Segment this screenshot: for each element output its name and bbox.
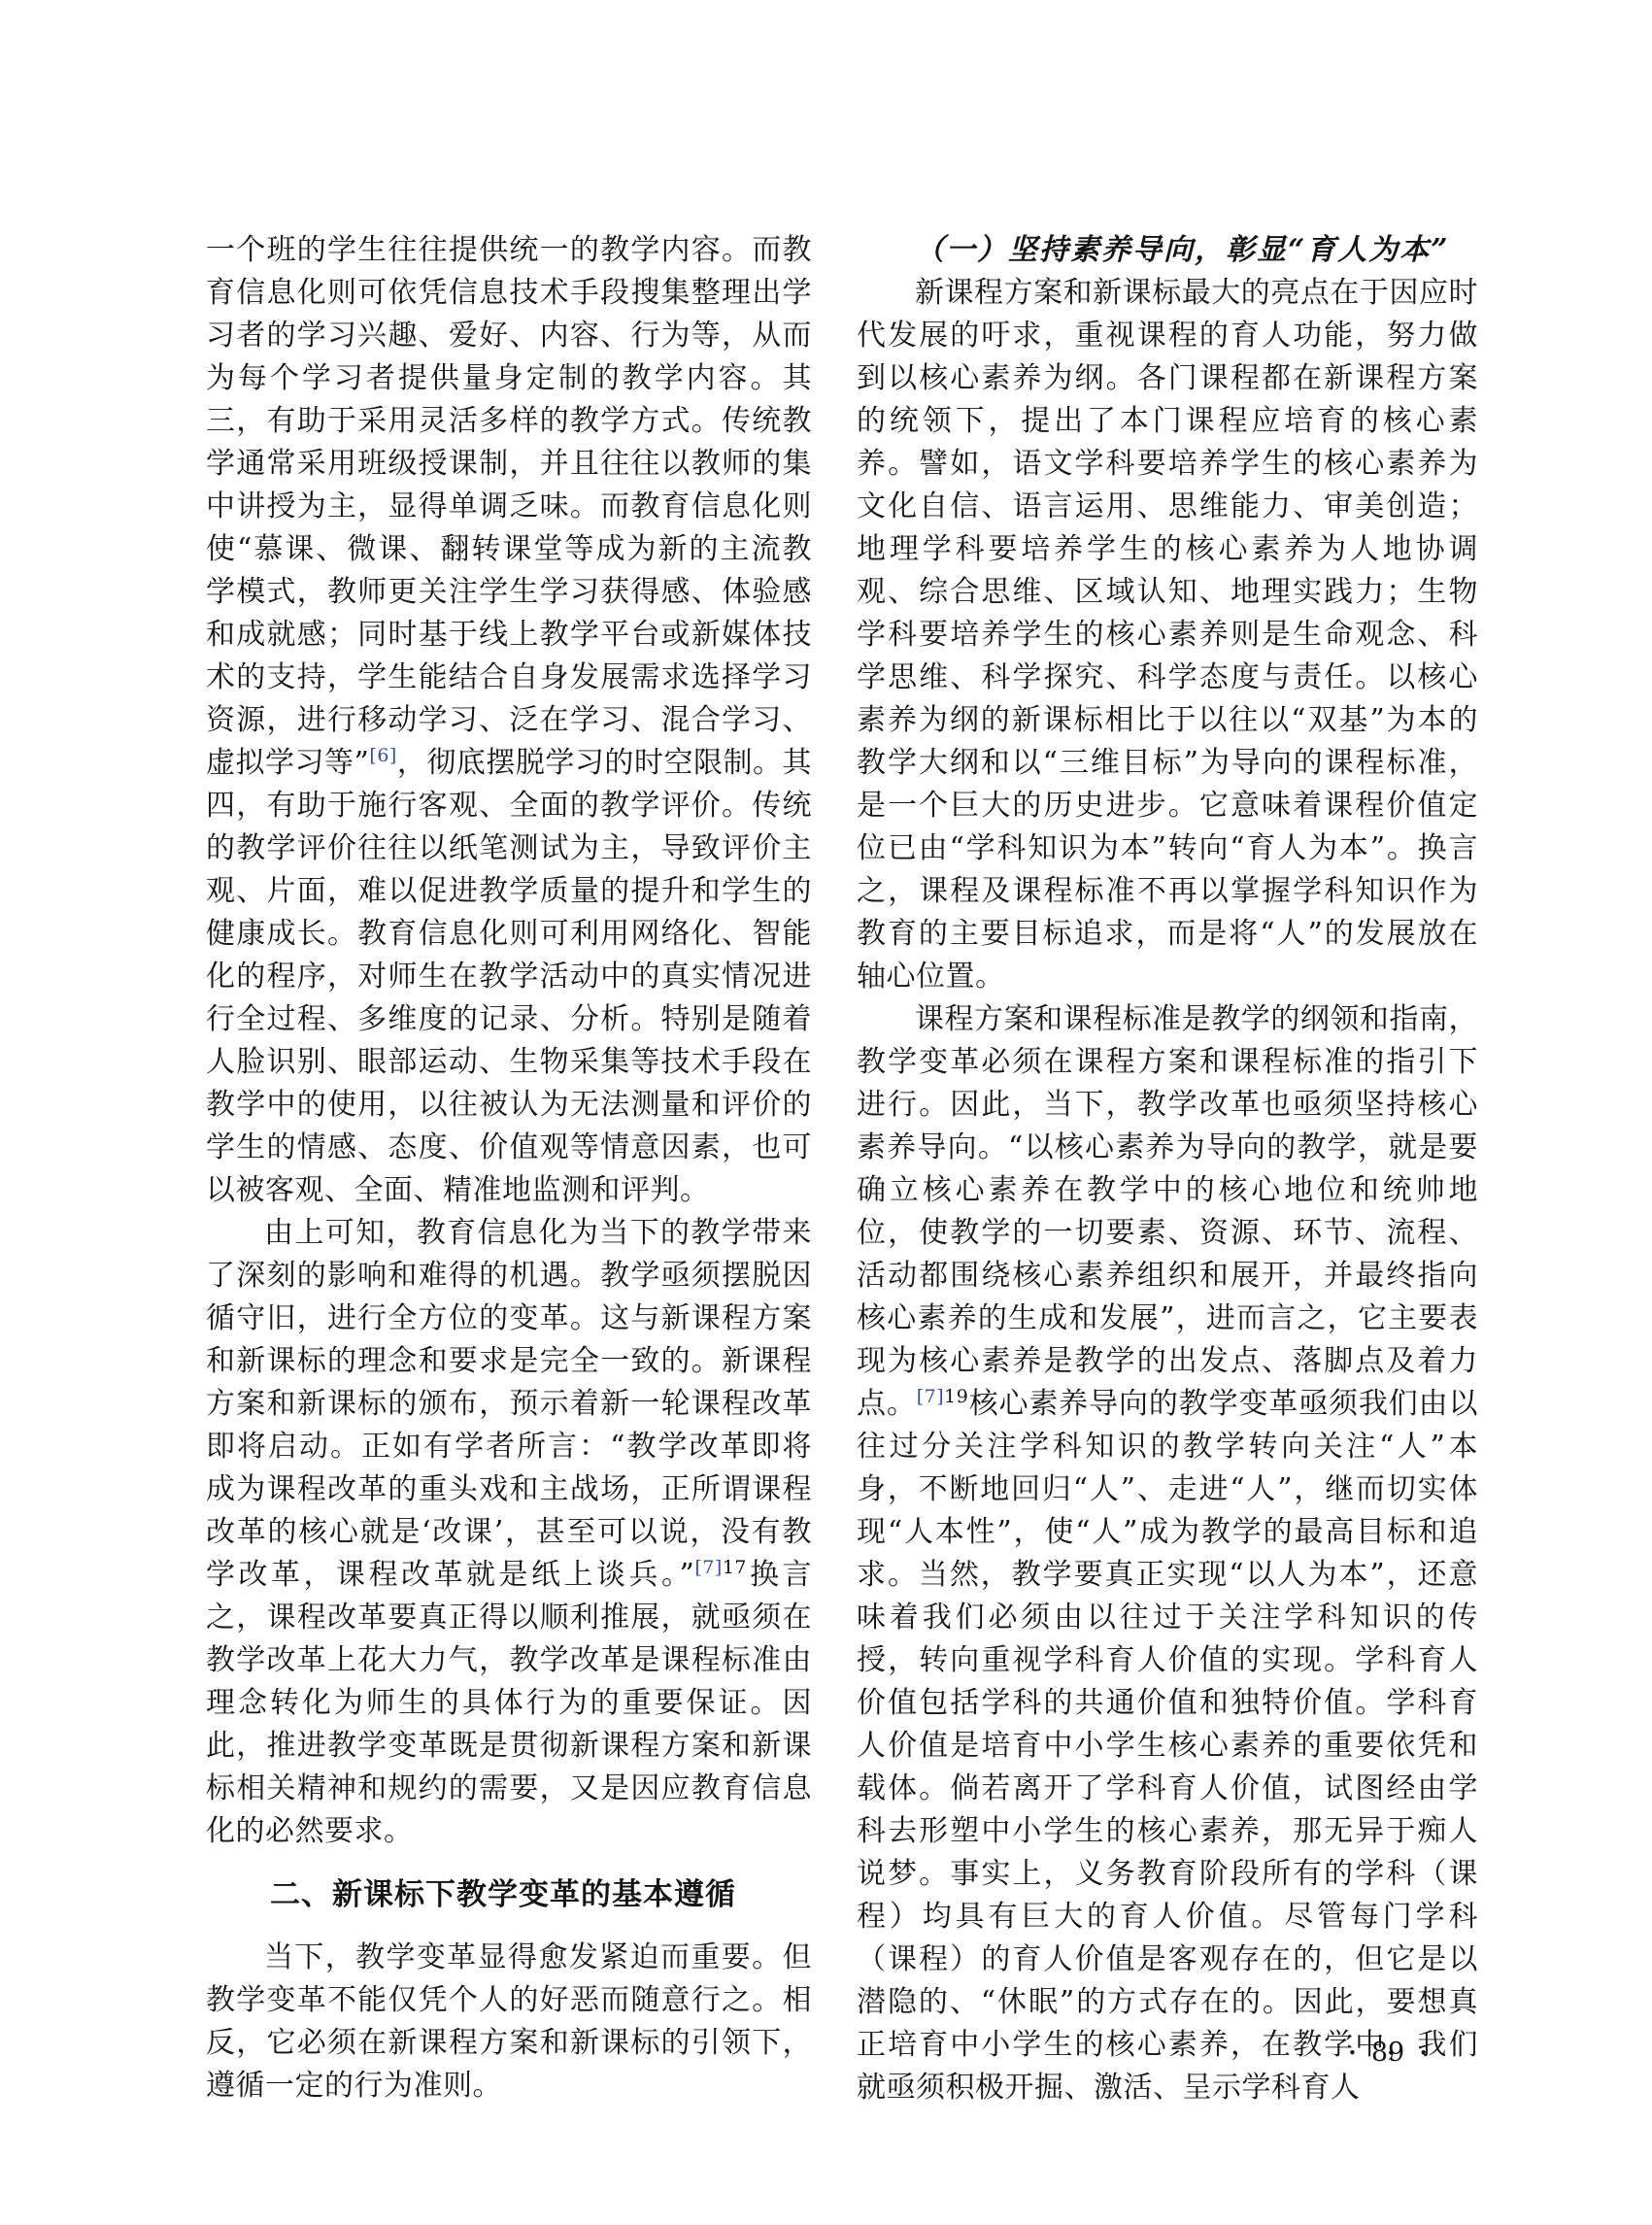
document-page: 一个班的学生往往提供统一的教学内容。而教育信息化则可依凭信息技术手段搜集整理出学… xyxy=(0,0,1652,2225)
dot-decoration: • xyxy=(1348,2035,1357,2072)
subsection-heading: （一）坚持素养导向，彰显“育人为本” xyxy=(857,229,1478,272)
citation-ref: [7] xyxy=(694,1557,722,1578)
paragraph: 当下，教学变革显得愈发紧迫而重要。但教学变革不能仅凭个人的好恶而随意行之。相反，… xyxy=(206,1937,812,2107)
paragraph: 课程方案和课程标准是教学的纲领和指南，教学变革必须在课程方案和课程标准的指引下进… xyxy=(857,998,1478,2109)
right-column: （一）坚持素养导向，彰显“育人为本” 新课程方案和新课标最大的亮点在于因应时代发… xyxy=(857,229,1478,2109)
citation-ref: [7] xyxy=(917,1386,944,1407)
left-column: 一个班的学生往往提供统一的教学内容。而教育信息化则可依凭信息技术手段搜集整理出学… xyxy=(206,229,812,2107)
paragraph: 由上可知，教育信息化为当下的教学带来了深刻的影响和难得的机遇。教学亟须摆脱因循守… xyxy=(206,1212,812,1853)
citation-page: 19 xyxy=(944,1386,968,1407)
page-number-value: 89 xyxy=(1371,2035,1404,2072)
paragraph: 一个班的学生往往提供统一的教学内容。而教育信息化则可依凭信息技术手段搜集整理出学… xyxy=(206,229,812,1212)
citation-ref: [6] xyxy=(369,745,396,766)
page-number: • 89 • xyxy=(1348,2035,1428,2072)
dot-decoration: • xyxy=(1419,2035,1428,2072)
citation-page: 17 xyxy=(723,1557,747,1578)
paragraph: 新课程方案和新课标最大的亮点在于因应时代发展的吁求，重视课程的育人功能，努力做到… xyxy=(857,272,1478,998)
section-heading: 二、新课标下教学变革的基本遵循 xyxy=(270,1873,812,1916)
